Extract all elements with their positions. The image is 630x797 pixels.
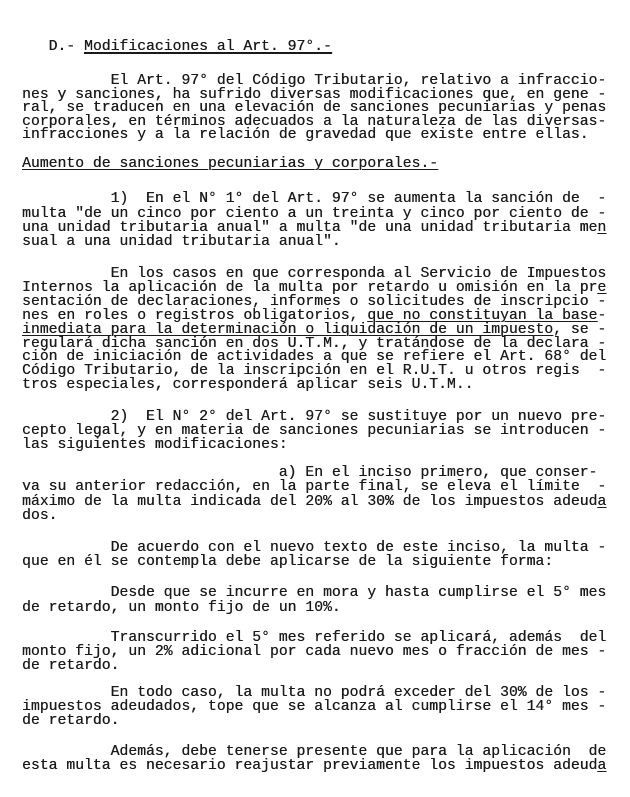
typewritten-page: D.- Modificaciones al Art. 97°.- El Art.… xyxy=(0,0,630,797)
underlined-text: a xyxy=(597,758,606,774)
underlined-text: Aumento de sanciones pecuniarias y corpo… xyxy=(22,156,438,172)
text-run: tros especiales, corresponderá aplicar s… xyxy=(22,377,473,393)
text-line: una unidad tributaria anual" a multa "de… xyxy=(22,221,606,235)
text-line: de retardo. xyxy=(22,659,119,673)
text-run: 1) En el N° 1° del Art. 97° se aumenta l… xyxy=(22,191,606,207)
text-line: máximo de la multa indicada del 20% al 3… xyxy=(22,495,606,509)
text-line: Desde que se incurre en mora y hasta cum… xyxy=(22,586,606,600)
text-line: esta multa es necesario reajustar previa… xyxy=(22,759,606,773)
text-line: Además, debe tenerse presente que para l… xyxy=(22,745,606,759)
text-run: de retardo. xyxy=(22,713,119,729)
text-run: D.- xyxy=(22,39,84,55)
underlined-text: Modificaciones al Art. 97°.- xyxy=(84,39,332,55)
text-line: tros especiales, corresponderá aplicar s… xyxy=(22,378,473,392)
text-line: impuestos adeudados, tope que se alcanza… xyxy=(22,700,606,714)
text-line: dos. xyxy=(22,509,57,523)
text-line: ral, se traducen en una elevación de san… xyxy=(22,101,606,115)
text-line: sentación de declaraciones, informes o s… xyxy=(22,295,606,309)
text-line: de retardo, un monto fijo de un 10%. xyxy=(22,601,341,615)
text-line: 2) El N° 2° del Art. 97° se sustituye po… xyxy=(22,410,606,424)
text-line: a) En el inciso primero, que conser- xyxy=(22,466,597,480)
text-run: que en él se contempla debe aplicarse de… xyxy=(22,554,553,570)
text-line: De acuerdo con el nuevo texto de este in… xyxy=(22,541,606,555)
text-run: infracciones y a la relación de gravedad… xyxy=(22,127,589,143)
text-line: Internos la aplicación de la multa por r… xyxy=(22,281,606,295)
text-line: Aumento de sanciones pecuniarias y corpo… xyxy=(22,157,438,171)
text-line: cepto legal, y en materia de sanciones p… xyxy=(22,424,606,438)
text-run: esta multa es necesario reajustar previa… xyxy=(22,758,597,774)
text-run: máximo de la multa indicada del 20% al 3… xyxy=(22,494,597,510)
text-run: de retardo, un monto fijo de un 10%. xyxy=(22,600,341,616)
text-line: va su anterior redacción, en la parte fi… xyxy=(22,480,606,494)
text-line: En los casos en que corresponda al Servi… xyxy=(22,267,606,281)
text-line: monto fijo, un 2% adicional por cada nue… xyxy=(22,645,606,659)
text-line: las siguientes modificaciones: xyxy=(22,438,288,452)
section-heading: D.- Modificaciones al Art. 97°.- xyxy=(22,40,332,54)
text-line: El Art. 97° del Código Tributario, relat… xyxy=(22,74,606,88)
text-line: sual a una unidad tributaria anual". xyxy=(22,235,341,249)
text-line: ción de iniciación de actividades a que … xyxy=(22,350,606,364)
text-run: de retardo. xyxy=(22,658,119,674)
text-run: dos. xyxy=(22,508,57,524)
text-line: inmediata para la determinación o liquid… xyxy=(22,323,606,337)
text-line: 1) En el N° 1° del Art. 97° se aumenta l… xyxy=(22,192,606,206)
text-run: Desde que se incurre en mora y hasta cum… xyxy=(22,585,606,601)
text-line: Código Tributario, de la inscripción en … xyxy=(22,364,606,378)
text-line: multa "de un cinco por ciento a un trein… xyxy=(22,207,606,221)
text-line: de retardo. xyxy=(22,714,119,728)
text-line: que en él se contempla debe aplicarse de… xyxy=(22,555,553,569)
text-line: En todo caso, la multa no podrá exceder … xyxy=(22,686,606,700)
text-line: infracciones y a la relación de gravedad… xyxy=(22,128,589,142)
text-run: las siguientes modificaciones: xyxy=(22,437,288,453)
text-line: Transcurrido el 5° mes referido se aplic… xyxy=(22,631,606,645)
underlined-text: a xyxy=(597,494,606,510)
text-run: sual a una unidad tributaria anual". xyxy=(22,234,341,250)
text-run: va su anterior redacción, en la parte fi… xyxy=(22,479,606,495)
underlined-text: n xyxy=(597,220,606,236)
text-line: nes en roles o registros obligatorios, q… xyxy=(22,309,606,323)
